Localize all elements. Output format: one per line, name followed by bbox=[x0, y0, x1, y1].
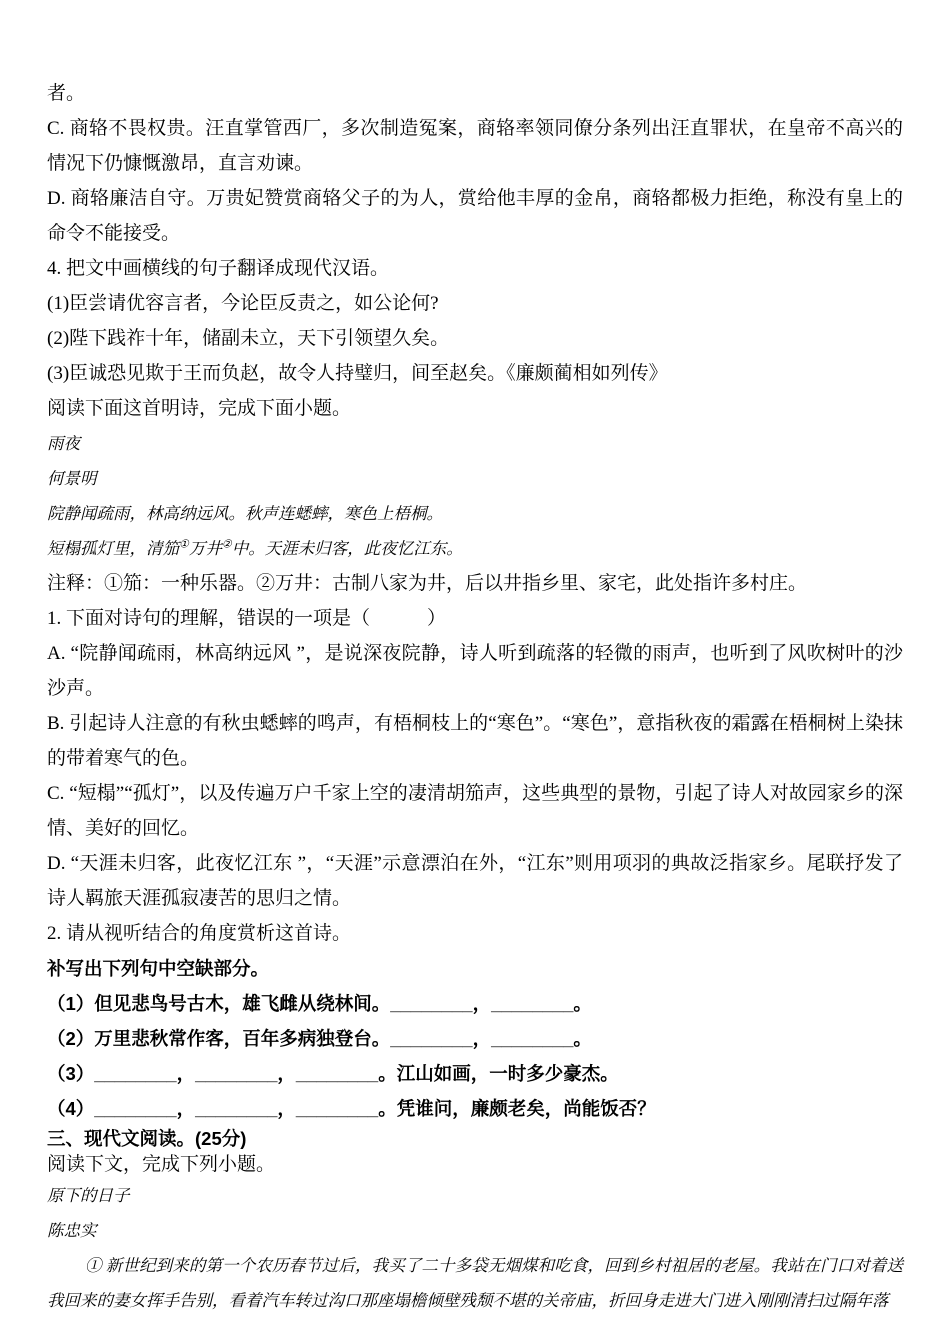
question-1-option-a: A. “院静闻疏雨，林高纳远风 ”，是说深夜院静，诗人听到疏落的轻微的雨声，也听… bbox=[47, 636, 903, 706]
poem-line-2-mid: 万井 bbox=[189, 539, 222, 558]
question-4-item-2: (2)陛下践祚十年，储副未立，天下引领望久矣。 bbox=[47, 321, 903, 356]
essay-title: 原下的日子 bbox=[47, 1178, 903, 1213]
option-d: D. 商辂廉洁自守。万贵妃赞赏商辂父子的为人，赏给他丰厚的金帛，商辂都极力拒绝，… bbox=[47, 181, 903, 251]
poem-title: 雨夜 bbox=[47, 426, 903, 461]
poem-section-intro: 阅读下面这首明诗，完成下面小题。 bbox=[47, 391, 903, 426]
question-4-item-3: (3)臣诚恐见欺于王而负赵，故令人持璧归，间至赵矣。《廉颇蔺相如列传》 bbox=[47, 356, 903, 391]
section-3-intro: 阅读下文，完成下列小题。 bbox=[47, 1152, 903, 1178]
question-1-option-c: C. “短榻”“孤灯”，以及传遍万户千家上空的凄清胡笳声，这些典型的景物，引起了… bbox=[47, 776, 903, 846]
question-4-item-1: (1)臣尝请优容言者，今论臣反责之，如公论何? bbox=[47, 286, 903, 321]
poem-line-2: 短榻孤灯里，清笳①万井②中。天涯未归客，此夜忆江东。 bbox=[47, 531, 903, 566]
poem-notes: 注释：①笳：一种乐器。②万井：古制八家为井，后以井指乡里、家宅，此处指许多村庄。 bbox=[47, 566, 903, 601]
question-1-stem: 1. 下面对诗句的理解，错误的一项是（ ） bbox=[47, 601, 903, 636]
poem-line-1: 院静闻疏雨，林高纳远风。秋声连蟋蟀，寒色上梧桐。 bbox=[47, 496, 903, 531]
essay-author: 陈忠实 bbox=[47, 1213, 903, 1248]
question-2-stem: 2. 请从视听结合的角度赏析这首诗。 bbox=[47, 916, 903, 951]
essay-paragraph-1: ① 新世纪到来的第一个农历春节过后，我买了二十多袋无烟煤和吃食，回到乡村祖居的老… bbox=[47, 1248, 903, 1318]
dictation-heading: 补写出下列句中空缺部分。 bbox=[47, 951, 903, 986]
exam-paper-page: 者。 C. 商辂不畏权贵。汪直掌管西厂，多次制造冤案，商辂率领同僚分条列出汪直罪… bbox=[0, 0, 950, 1344]
section-3-heading: 三、现代文阅读。(25分) bbox=[47, 1126, 903, 1152]
option-c: C. 商辂不畏权贵。汪直掌管西厂，多次制造冤案，商辂率领同僚分条列出汪直罪状，在… bbox=[47, 111, 903, 181]
question-1-option-d: D. “天涯未归客，此夜忆江东 ”，“天涯”示意漂泊在外，“江东”则用项羽的典故… bbox=[47, 846, 903, 916]
poem-line-2-post: 中。天涯未归客，此夜忆江东。 bbox=[232, 539, 463, 558]
poem-line-2-pre: 短榻孤灯里，清笳 bbox=[47, 539, 179, 558]
dictation-item-1: （1）但见悲鸟号古木，雄飞雌从绕林间。________，________。 bbox=[47, 986, 903, 1021]
note-ref-1: ① bbox=[179, 539, 189, 551]
carryover-fragment: 者。 bbox=[47, 76, 903, 111]
note-ref-2: ② bbox=[222, 539, 232, 551]
question-1-option-b: B. 引起诗人注意的有秋虫蟋蟀的鸣声，有梧桐枝上的“寒色”。“寒色”，意指秋夜的… bbox=[47, 706, 903, 776]
dictation-item-4: （4）________，________，________。凭谁问，廉颇老矣，尚… bbox=[47, 1091, 903, 1126]
dictation-item-2: （2）万里悲秋常作客，百年多病独登台。________，________。 bbox=[47, 1021, 903, 1056]
dictation-item-3: （3）________，________，________。江山如画，一时多少豪… bbox=[47, 1056, 903, 1091]
question-4-stem: 4. 把文中画横线的句子翻译成现代汉语。 bbox=[47, 251, 903, 286]
poem-author: 何景明 bbox=[47, 461, 903, 496]
